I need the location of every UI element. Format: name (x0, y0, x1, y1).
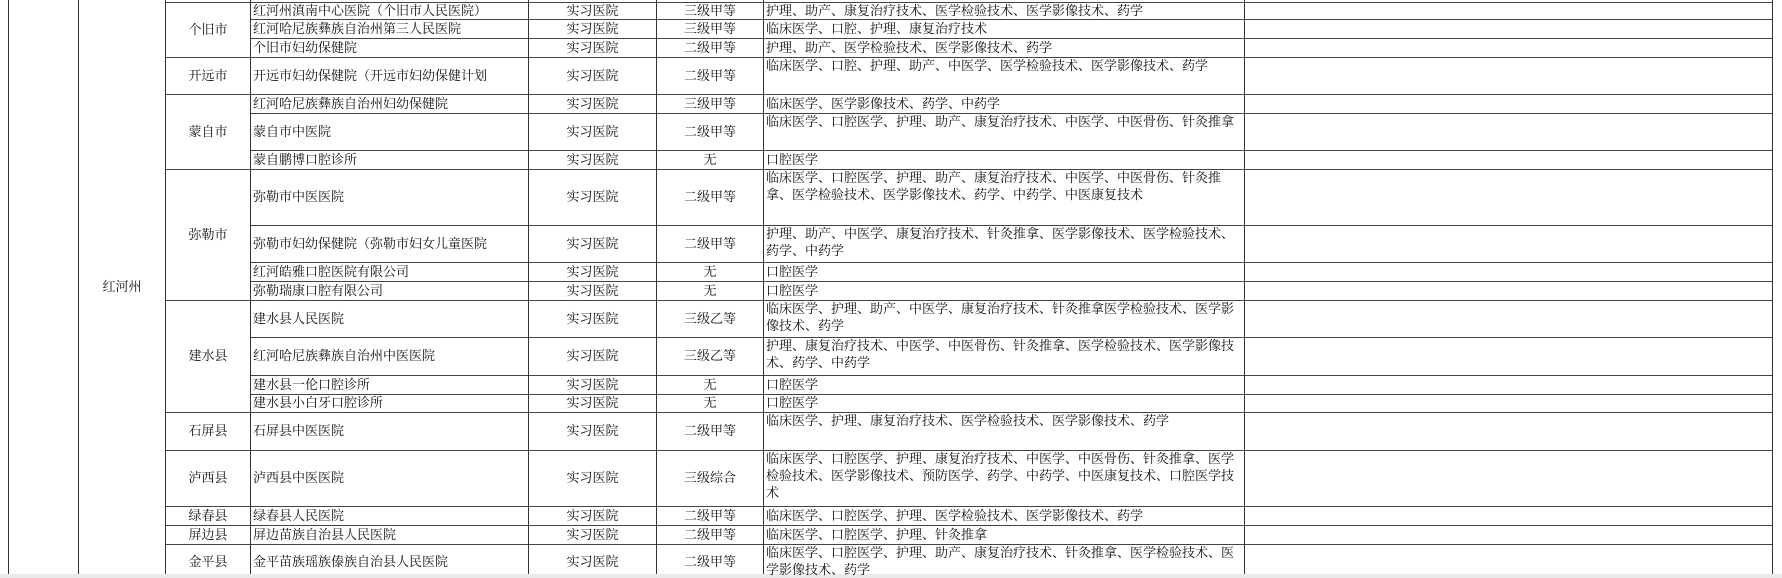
hospital-grade-cell[interactable]: 三级甲等 (657, 3, 763, 19)
hospital-grade-cell[interactable]: 三级甲等 (657, 20, 763, 38)
hospital-grade-cell[interactable]: 二级甲等 (657, 58, 763, 94)
notes-cell[interactable] (1245, 20, 1772, 38)
notes-cell[interactable] (1245, 95, 1772, 113)
hospital-name-text: 屏边苗族自治县人民医院 (253, 527, 396, 544)
grid-line (250, 300, 1772, 301)
majors-cell[interactable]: 临床医学、口腔、护理、康复治疗技术 (764, 20, 1244, 38)
hospital-grade-cell[interactable]: 无 (657, 376, 763, 394)
majors-text: 护理、助产、医学检验技术、医学影像技术、药学 (766, 40, 1052, 57)
district-name: 泸西县 (188, 470, 227, 487)
grid-line (250, 506, 1772, 507)
hospital-name-cell[interactable]: 红河哈尼族彝族自治州妇幼保健院 (251, 95, 528, 113)
hospital-name-cell[interactable]: 红河哈尼族彝族自治州中医医院 (251, 338, 528, 375)
hospital-type-cell[interactable]: 实习医院 (529, 507, 656, 525)
district-name: 金平县 (188, 554, 227, 571)
hospital-type-text: 实习医院 (566, 423, 618, 440)
district-name: 石屏县 (188, 423, 227, 440)
hospital-name-text: 弥勒瑞康口腔有限公司 (253, 283, 383, 300)
hospital-grade-cell[interactable]: 无 (657, 151, 763, 169)
notes-cell[interactable] (1245, 395, 1772, 412)
hospital-grade-text: 三级综合 (684, 470, 736, 487)
majors-text: 临床医学、口腔医学、护理、助产、康复治疗技术、中医学、中医骨伤、针灸推拿 (766, 115, 1234, 130)
hospital-type-cell[interactable]: 实习医院 (529, 413, 656, 450)
hospital-name-text: 金平苗族瑶族傣族自治县人民医院 (253, 554, 448, 571)
majors-cell[interactable]: 临床医学、口腔医学、护理、助产、康复治疗技术、中医学、中医骨伤、针灸推拿 (764, 114, 1244, 150)
district-cell[interactable]: 泸西县 (166, 451, 250, 506)
hospital-name-cell[interactable]: 红河哈尼族彝族自治州第三人民医院 (251, 20, 528, 38)
hospital-type-cell[interactable]: 实习医院 (529, 451, 656, 506)
prefecture-label: 红河州 (102, 279, 141, 296)
hospital-grade-text: 无 (703, 395, 716, 412)
majors-text: 临床医学、口腔医学、护理、助产、康复治疗技术、中医学、中医骨伤、针灸推拿、医学检… (766, 171, 1221, 203)
notes-cell[interactable] (1245, 58, 1772, 94)
hospital-name-cell[interactable]: 建水县一伦口腔诊所 (251, 376, 528, 394)
hospital-name-cell[interactable]: 弥勒市中医医院 (251, 170, 528, 225)
grid-line (8, 0, 9, 574)
hospital-grade-cell[interactable]: 二级甲等 (657, 413, 763, 450)
hospital-type-text: 实习医院 (566, 395, 618, 412)
hospital-grade-cell[interactable]: 无 (657, 282, 763, 300)
majors-text: 临床医学、口腔医学、护理、针灸推拿 (766, 527, 987, 544)
hospital-type-text: 实习医院 (566, 152, 618, 169)
majors-cell[interactable]: 临床医学、口腔、护理、助产、中医学、医学检验技术、医学影像技术、药学 (764, 58, 1244, 94)
hospital-type-cell[interactable]: 实习医院 (529, 114, 656, 150)
notes-cell[interactable] (1245, 545, 1772, 578)
grid-line (78, 0, 79, 574)
hospital-grade-text: 三级甲等 (684, 21, 736, 38)
grid-line (1244, 0, 1245, 574)
hospital-name-text: 蒙自市中医院 (253, 124, 331, 141)
hospital-name-text: 绿春县人民医院 (253, 508, 344, 525)
notes-cell[interactable] (1245, 507, 1772, 525)
hospital-type-text: 实习医院 (566, 189, 618, 206)
hospital-type-cell[interactable]: 实习医院 (529, 39, 656, 57)
hospital-grade-text: 二级甲等 (684, 236, 736, 253)
hospital-type-text: 实习医院 (566, 311, 618, 328)
hospital-type-cell[interactable]: 实习医院 (529, 226, 656, 262)
hospital-grade-text: 三级乙等 (684, 311, 736, 328)
grid-line (763, 0, 764, 574)
district-cell[interactable]: 弥勒市 (166, 170, 250, 300)
hospital-type-cell[interactable]: 实习医院 (529, 526, 656, 544)
hospital-name-text: 建水县人民医院 (253, 311, 344, 328)
hospital-grade-cell[interactable]: 无 (657, 395, 763, 412)
hospital-type-cell[interactable]: 实习医院 (529, 3, 656, 19)
hospital-grade-text: 二级甲等 (684, 40, 736, 57)
grid-line (165, 2, 250, 3)
hospital-name-text: 建水县一伦口腔诊所 (253, 377, 370, 394)
hospital-type-cell[interactable]: 实习医院 (529, 545, 656, 578)
hospital-name-cell[interactable]: 开远市妇幼保健院（开远市妇幼保健计划 (251, 58, 528, 94)
notes-cell[interactable] (1245, 39, 1772, 57)
hospital-name-text: 个旧市妇幼保健院 (253, 40, 357, 57)
majors-text: 临床医学、口腔医学、护理、助产、康复治疗技术、针灸推拿、医学检验技术、医学影像技… (766, 546, 1234, 578)
hospital-type-cell[interactable]: 实习医院 (529, 58, 656, 94)
hospital-grade-text: 三级甲等 (684, 3, 736, 19)
majors-text: 护理、康复治疗技术、中医学、中医骨伤、针灸推拿、医学检验技术、医学影像技术、药学… (766, 339, 1234, 371)
hospital-name-cell[interactable]: 弥勒瑞康口腔有限公司 (251, 282, 528, 300)
majors-text: 临床医学、口腔医学、护理、康复治疗技术、中医学、中医骨伤、针灸推拿、医学检验技术… (766, 452, 1234, 501)
grid-line (250, 450, 1772, 451)
grid-line (656, 0, 657, 574)
grid-line (250, 150, 1772, 151)
majors-cell[interactable]: 护理、助产、中医学、康复治疗技术、针灸推拿、医学影像技术、医学检验技术、药学、中… (764, 226, 1244, 262)
majors-cell[interactable]: 口腔医学 (764, 263, 1244, 281)
hospital-grade-cell[interactable]: 三级乙等 (657, 338, 763, 375)
hospital-type-cell[interactable]: 实习医院 (529, 282, 656, 300)
hospital-name-cell[interactable]: 弥勒市妇幼保健院（弥勒市妇女儿童医院 (251, 226, 528, 262)
grid-line (250, 0, 251, 574)
majors-cell[interactable]: 临床医学、护理、助产、中医学、康复治疗技术、针灸推拿医学检验技术、医学影像技术、… (764, 301, 1244, 337)
notes-cell[interactable] (1245, 451, 1772, 506)
hospital-grade-text: 二级甲等 (684, 423, 736, 440)
hospital-type-cell[interactable]: 实习医院 (529, 95, 656, 113)
majors-text: 临床医学、口腔、护理、助产、中医学、医学检验技术、医学影像技术、药学 (766, 59, 1208, 74)
majors-cell[interactable]: 护理、助产、康复治疗技术、医学检验技术、医学影像技术、药学 (764, 3, 1244, 19)
hospital-name-cell[interactable]: 蒙自鹏博口腔诊所 (251, 151, 528, 169)
grid-line (250, 412, 1772, 413)
hospital-grade-text: 二级甲等 (684, 508, 736, 525)
majors-cell[interactable]: 护理、康复治疗技术、中医学、中医骨伤、针灸推拿、医学检验技术、医学影像技术、药学… (764, 338, 1244, 375)
district-name: 建水县 (188, 348, 227, 365)
majors-cell[interactable]: 临床医学、口腔医学、护理、针灸推拿 (764, 526, 1244, 544)
hospital-name-text: 石屏县中医医院 (253, 423, 344, 440)
hospital-grade-cell[interactable]: 二级甲等 (657, 114, 763, 150)
hospital-name-cell[interactable]: 建水县小白牙口腔诊所 (251, 395, 528, 412)
majors-cell[interactable]: 临床医学、护理、康复治疗技术、医学检验技术、医学影像技术、药学 (764, 413, 1244, 450)
notes-cell[interactable] (1245, 526, 1772, 544)
majors-cell[interactable]: 口腔医学 (764, 376, 1244, 394)
majors-cell[interactable]: 临床医学、口腔医学、护理、康复治疗技术、中医学、中医骨伤、针灸推拿、医学检验技术… (764, 451, 1244, 506)
district-cell[interactable]: 开远市 (166, 58, 250, 94)
district-cell[interactable]: 蒙自市 (166, 95, 250, 169)
district-name: 开远市 (188, 68, 227, 85)
notes-cell[interactable] (1245, 3, 1772, 19)
hospital-name-text: 泸西县中医医院 (253, 470, 344, 487)
hospital-name-text: 建水县小白牙口腔诊所 (253, 395, 383, 412)
majors-text: 临床医学、护理、康复治疗技术、医学检验技术、医学影像技术、药学 (766, 414, 1169, 429)
majors-cell[interactable]: 临床医学、口腔医学、护理、医学检验技术、医学影像技术、药学 (764, 507, 1244, 525)
hospital-grade-text: 无 (703, 283, 716, 300)
hospital-type-cell[interactable]: 实习医院 (529, 151, 656, 169)
hospital-grade-cell[interactable]: 二级甲等 (657, 226, 763, 262)
hospital-grade-text: 二级甲等 (684, 68, 736, 85)
hospital-grade-cell[interactable]: 三级乙等 (657, 301, 763, 337)
hospital-type-text: 实习医院 (566, 508, 618, 525)
notes-cell[interactable] (1245, 413, 1772, 450)
hospital-name-text: 弥勒市中医医院 (253, 189, 344, 206)
notes-cell[interactable] (1245, 301, 1772, 337)
hospital-grade-cell[interactable]: 二级甲等 (657, 507, 763, 525)
hospital-name-cell[interactable]: 个旧市妇幼保健院 (251, 39, 528, 57)
hospital-name-cell[interactable]: 红河皓雅口腔医院有限公司 (251, 263, 528, 281)
hospital-type-cell[interactable]: 实习医院 (529, 263, 656, 281)
hospital-name-text: 开远市妇幼保健院（开远市妇幼保健计划 (253, 68, 487, 85)
notes-cell[interactable] (1245, 151, 1772, 169)
district-name: 个旧市 (188, 22, 227, 39)
majors-text: 口腔医学 (766, 395, 818, 412)
grid-line (250, 2, 1772, 3)
notes-cell[interactable] (1245, 114, 1772, 150)
hospital-grade-cell[interactable]: 三级甲等 (657, 95, 763, 113)
hospital-type-text: 实习医院 (566, 21, 618, 38)
hospital-name-cell[interactable]: 建水县人民医院 (251, 301, 528, 337)
hospital-grade-text: 二级甲等 (684, 124, 736, 141)
grid-line (250, 57, 1772, 58)
hospital-grade-cell[interactable]: 三级综合 (657, 451, 763, 506)
hospital-grade-cell[interactable]: 二级甲等 (657, 39, 763, 57)
majors-cell[interactable]: 临床医学、口腔医学、护理、助产、康复治疗技术、中医学、中医骨伤、针灸推拿、医学检… (764, 170, 1244, 225)
hospital-grade-cell[interactable]: 无 (657, 263, 763, 281)
hospital-name-text: 红河哈尼族彝族自治州妇幼保健院 (253, 96, 448, 113)
majors-cell[interactable]: 临床医学、口腔医学、护理、助产、康复治疗技术、针灸推拿、医学检验技术、医学影像技… (764, 545, 1244, 578)
majors-text: 临床医学、口腔医学、护理、医学检验技术、医学影像技术、药学 (766, 508, 1143, 525)
district-cell[interactable]: 个旧市 (166, 3, 250, 57)
hospital-name-text: 红河哈尼族彝族自治州中医医院 (253, 348, 435, 365)
hospital-name-cell[interactable]: 石屏县中医医院 (251, 413, 528, 450)
majors-cell[interactable]: 口腔医学 (764, 151, 1244, 169)
majors-text: 护理、助产、康复治疗技术、医学检验技术、医学影像技术、药学 (766, 3, 1143, 19)
hospital-type-cell[interactable]: 实习医院 (529, 338, 656, 375)
hospital-type-text: 实习医院 (566, 68, 618, 85)
hospital-name-cell[interactable]: 屏边苗族自治县人民医院 (251, 526, 528, 544)
grid-line (250, 281, 1772, 282)
grid-line (250, 113, 1772, 114)
hospital-type-text: 实习医院 (566, 470, 618, 487)
hospital-name-cell[interactable]: 金平苗族瑶族傣族自治县人民医院 (251, 545, 528, 578)
hospital-grade-text: 三级乙等 (684, 348, 736, 365)
hospital-name-cell[interactable]: 红河州滇南中心医院（个旧市人民医院） (251, 3, 528, 19)
district-cell[interactable]: 金平县 (166, 545, 250, 578)
grid-line (250, 394, 1772, 395)
hospital-type-text: 实习医院 (566, 264, 618, 281)
district-name: 屏边县 (188, 527, 227, 544)
hospital-type-cell[interactable]: 实习医院 (529, 20, 656, 38)
notes-cell[interactable] (1245, 376, 1772, 394)
district-cell[interactable]: 建水县 (166, 301, 250, 412)
hospital-grade-text: 无 (703, 152, 716, 169)
hospital-type-text: 实习医院 (566, 124, 618, 141)
hospital-type-text: 实习医院 (566, 554, 618, 571)
grid-line (250, 262, 1772, 263)
hospital-type-text: 实习医院 (566, 3, 618, 19)
grid-line (165, 0, 166, 574)
hospital-type-cell[interactable]: 实习医院 (529, 376, 656, 394)
grid-line (1772, 0, 1773, 574)
hospital-type-cell[interactable]: 实习医院 (529, 301, 656, 337)
majors-text: 临床医学、医学影像技术、药学、中药学 (766, 96, 1000, 113)
hospital-type-cell[interactable]: 实习医院 (529, 395, 656, 412)
grid-line (250, 337, 1772, 338)
grid-line (250, 544, 1772, 545)
hospital-type-text: 实习医院 (566, 527, 618, 544)
grid-line (250, 19, 1772, 20)
grid-line (250, 94, 1772, 95)
majors-text: 口腔医学 (766, 264, 818, 281)
majors-cell[interactable]: 口腔医学 (764, 282, 1244, 300)
district-cell[interactable]: 石屏县 (166, 413, 250, 450)
hospital-name-text: 蒙自鹏博口腔诊所 (253, 152, 357, 169)
hospital-grade-cell[interactable]: 二级甲等 (657, 545, 763, 578)
district-name: 弥勒市 (188, 227, 227, 244)
district-name: 绿春县 (188, 508, 227, 525)
blank-index-column[interactable] (9, 0, 78, 574)
hospital-name-text: 弥勒市妇幼保健院（弥勒市妇女儿童医院 (253, 236, 487, 253)
majors-cell[interactable]: 护理、助产、医学检验技术、医学影像技术、药学 (764, 39, 1244, 57)
grid-line (250, 525, 1772, 526)
spreadsheet-table: 红河州 红河州滇南中心医院（个旧市人民医院）实习医院三级甲等护理、助产、康复治疗… (0, 0, 1782, 578)
majors-text: 口腔医学 (766, 152, 818, 169)
hospital-grade-text: 二级甲等 (684, 527, 736, 544)
hospital-grade-text: 三级甲等 (684, 96, 736, 113)
prefecture-cell[interactable]: 红河州 (79, 0, 165, 574)
majors-text: 临床医学、口腔、护理、康复治疗技术 (766, 21, 987, 38)
hospital-name-text: 红河州滇南中心医院（个旧市人民医院） (253, 3, 487, 19)
hospital-type-text: 实习医院 (566, 283, 618, 300)
notes-cell[interactable] (1245, 226, 1772, 262)
grid-line (250, 169, 1772, 170)
majors-text: 护理、助产、中医学、康复治疗技术、针灸推拿、医学影像技术、医学检验技术、药学、中… (766, 227, 1234, 259)
majors-text: 口腔医学 (766, 377, 818, 394)
hospital-grade-cell[interactable]: 二级甲等 (657, 526, 763, 544)
hospital-grade-text: 无 (703, 264, 716, 281)
hospital-name-cell[interactable]: 蒙自市中医院 (251, 114, 528, 150)
grid-line (250, 375, 1772, 376)
majors-text: 口腔医学 (766, 283, 818, 300)
majors-cell[interactable]: 临床医学、医学影像技术、药学、中药学 (764, 95, 1244, 113)
district-cell[interactable]: 绿春县 (166, 507, 250, 525)
hospital-type-text: 实习医院 (566, 96, 618, 113)
hospital-name-text: 红河哈尼族彝族自治州第三人民医院 (253, 21, 461, 38)
grid-line (250, 38, 1772, 39)
notes-cell[interactable] (1245, 338, 1772, 375)
grid-line (250, 225, 1772, 226)
majors-text: 临床医学、护理、助产、中医学、康复治疗技术、针灸推拿医学检验技术、医学影像技术、… (766, 302, 1234, 334)
hospital-grade-text: 二级甲等 (684, 554, 736, 571)
hospital-name-cell[interactable]: 泸西县中医医院 (251, 451, 528, 506)
hospital-grade-cell[interactable]: 二级甲等 (657, 170, 763, 225)
hospital-name-cell[interactable]: 绿春县人民医院 (251, 507, 528, 525)
hospital-type-text: 实习医院 (566, 377, 618, 394)
district-cell[interactable]: 屏边县 (166, 526, 250, 544)
notes-cell[interactable] (1245, 170, 1772, 225)
notes-cell[interactable] (1245, 282, 1772, 300)
hospital-grade-text: 无 (703, 377, 716, 394)
hospital-name-text: 红河皓雅口腔医院有限公司 (253, 264, 409, 281)
notes-cell[interactable] (1245, 263, 1772, 281)
district-name: 蒙自市 (188, 124, 227, 141)
hospital-grade-text: 二级甲等 (684, 189, 736, 206)
grid-line (528, 0, 529, 574)
majors-cell[interactable]: 口腔医学 (764, 395, 1244, 412)
hospital-type-text: 实习医院 (566, 348, 618, 365)
hospital-type-cell[interactable]: 实习医院 (529, 170, 656, 225)
hospital-type-text: 实习医院 (566, 40, 618, 57)
hospital-type-text: 实习医院 (566, 236, 618, 253)
